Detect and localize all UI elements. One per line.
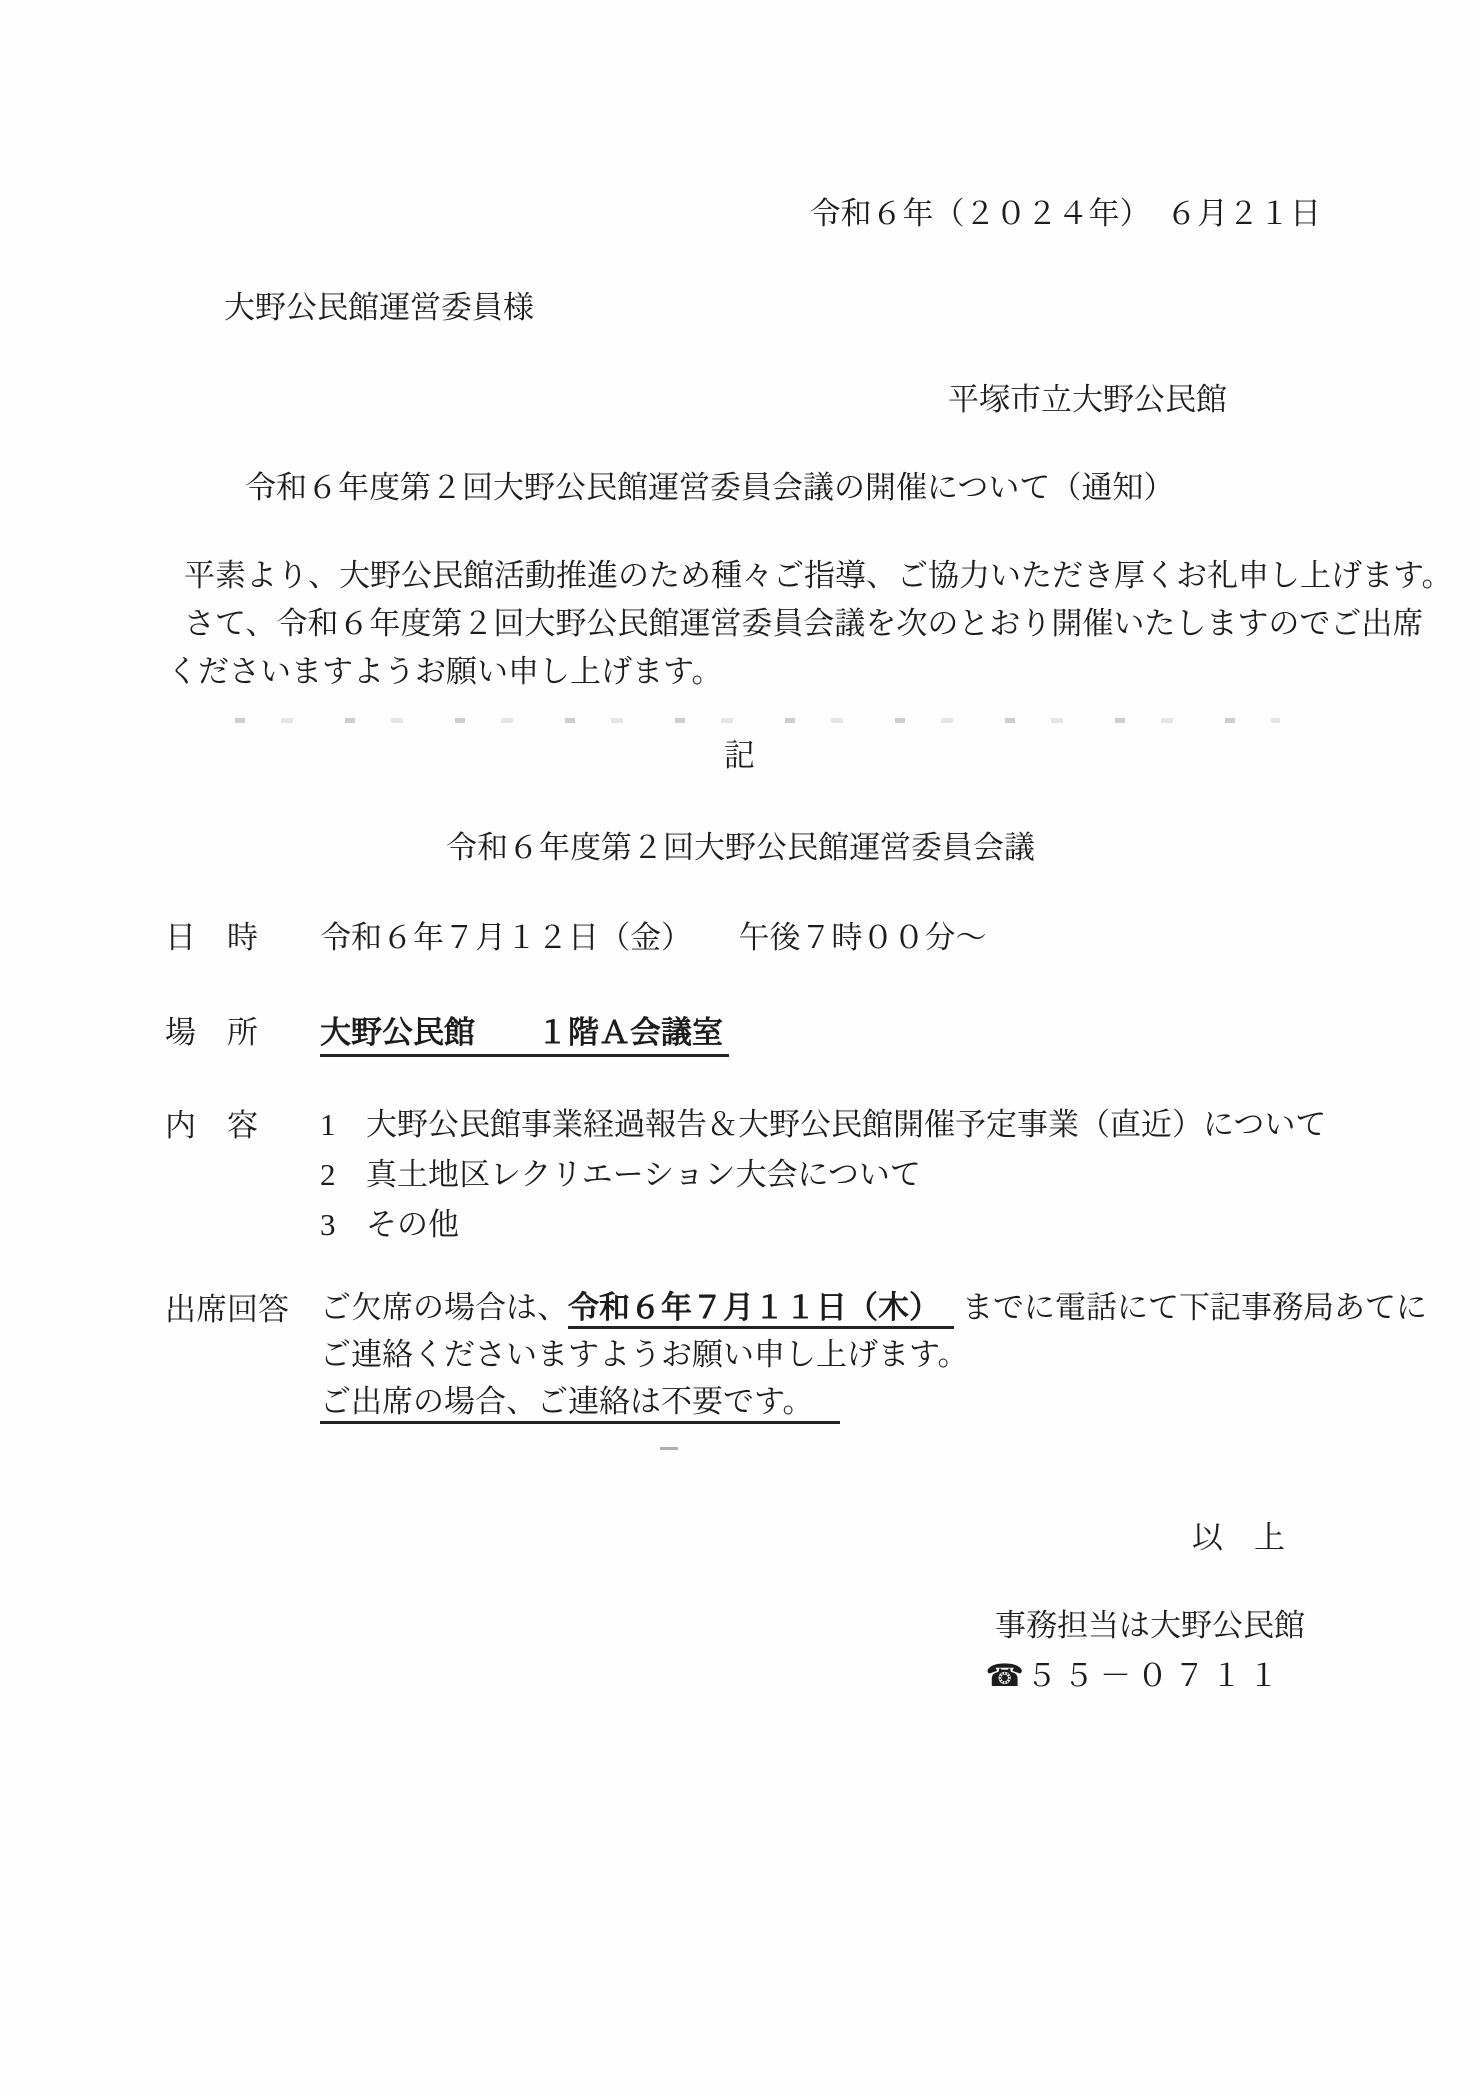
detail-row-place: 場 所 大野公民館 １階Ａ会議室 xyxy=(165,1007,729,1057)
datetime-value: 令和６年７月１２日（金） 午後７時００分～ xyxy=(320,912,987,957)
agenda-item-text: 真土地区レクリエーション大会について xyxy=(366,1157,921,1192)
rsvp-line1-pre: ご欠席の場合は、 xyxy=(320,1290,568,1325)
meeting-title: 令和６年度第２回大野公民館運営委員会議 xyxy=(0,822,1481,867)
datetime-label: 日 時 xyxy=(165,912,287,957)
rsvp-label: 出席回答 xyxy=(165,1284,287,1425)
body-paragraph: 平素より、大野公民館活動推進のため種々ご指導、ご協力いただき厚くお礼申し上げます… xyxy=(167,552,1357,696)
body-line-1: 平素より、大野公民館活動推進のため種々ご指導、ご協力いただき厚くお礼申し上げます… xyxy=(167,552,1357,600)
body-line-2: さて、令和６年度第２回大野公民館運営委員会議を次のとおり開催いたしますのでご出席 xyxy=(167,600,1357,648)
subject-line: 令和６年度第２回大野公民館運営委員会議の開催について（通知） xyxy=(245,462,1174,507)
agenda-item-number: 1 xyxy=(320,1100,366,1150)
agenda-item-text: 大野公民館事業経過報告＆大野公民館開催予定事業（直近）について xyxy=(366,1107,1326,1142)
agenda-item: 2真土地区レクリエーション大会について xyxy=(320,1150,1326,1200)
agenda-label: 内 容 xyxy=(165,1100,287,1250)
scanned-letter-page: 令和６年（２０２４年） ６月２１日 大野公民館運営委員様 平塚市立大野公民館 令… xyxy=(0,0,1481,2095)
rsvp-no-contact-note: ご出席の場合、ご連絡は不要です。 xyxy=(320,1384,840,1424)
detail-row-agenda: 内 容 1大野公民館事業経過報告＆大野公民館開催予定事業（直近）について 2真土… xyxy=(165,1100,1326,1250)
rsvp-line-3: ご出席の場合、ご連絡は不要です。 xyxy=(320,1378,1427,1425)
addressee: 大野公民館運営委員様 xyxy=(224,282,534,327)
detail-row-rsvp: 出席回答 ご欠席の場合は、令和６年７月１１日（木）までに電話にて下記事務局あてに… xyxy=(165,1284,1427,1425)
rsvp-line1-post: までに電話にて下記事務局あてに xyxy=(962,1290,1427,1325)
scan-artifact-line xyxy=(235,718,1280,723)
phone-number: ５５－０７１１ xyxy=(1026,1658,1285,1693)
rsvp-line-2: ご連絡くださいますようお願い申し上げます。 xyxy=(320,1331,1427,1378)
agenda-item-number: 3 xyxy=(320,1200,366,1250)
date-line: 令和６年（２０２４年） ６月２１日 xyxy=(810,188,1322,233)
agenda-item: 1大野公民館事業経過報告＆大野公民館開催予定事業（直近）について xyxy=(320,1100,1326,1150)
sender-name: 平塚市立大野公民館 xyxy=(948,374,1227,419)
scan-artifact-dash xyxy=(660,1447,678,1450)
phone-icon: ☎ xyxy=(985,1658,1024,1693)
rsvp-deadline: 令和６年７月１１日（木） xyxy=(568,1290,954,1329)
detail-row-datetime: 日 時 令和６年７月１２日（金） 午後７時００分～ xyxy=(165,912,987,957)
agenda-item-text: その他 xyxy=(366,1207,459,1242)
agenda-items: 1大野公民館事業経過報告＆大野公民館開催予定事業（直近）について 2真土地区レク… xyxy=(320,1100,1326,1250)
office-line: 事務担当は大野公民館 xyxy=(995,1600,1305,1645)
body-line-3: くださいますようお願い申し上げます。 xyxy=(167,648,1357,696)
rsvp-lines: ご欠席の場合は、令和６年７月１１日（木）までに電話にて下記事務局あてに ご連絡く… xyxy=(320,1284,1427,1425)
closing-mark: 以 上 xyxy=(1192,1512,1285,1557)
place-value: 大野公民館 １階Ａ会議室 xyxy=(320,1007,729,1057)
place-label: 場 所 xyxy=(165,1007,287,1057)
agenda-item: 3その他 xyxy=(320,1200,1326,1250)
agenda-item-number: 2 xyxy=(320,1150,366,1200)
rsvp-line-1: ご欠席の場合は、令和６年７月１１日（木）までに電話にて下記事務局あてに xyxy=(320,1284,1427,1331)
phone-line: ☎５５－０７１１ xyxy=(985,1650,1285,1695)
ki-marker: 記 xyxy=(0,730,1481,775)
